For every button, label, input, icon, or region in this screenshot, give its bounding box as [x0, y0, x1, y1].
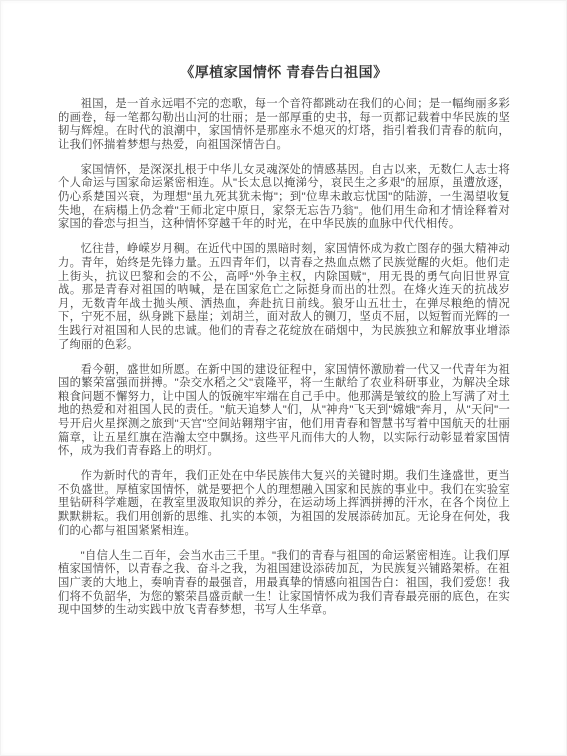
paragraph-5: 作为新时代的青年，我们正处在中华民族伟大复兴的关键时期。我们生逢盛世，更当不负盛…: [58, 470, 510, 538]
paragraph-3: 忆往昔，峥嵘岁月稠。在近代中国的黑暗时刻，家国情怀成为救亡图存的强大精神动力。青…: [58, 243, 510, 352]
document-title: 《厚植家国情怀 青春告白祖国》: [58, 63, 510, 81]
paragraph-2: 家国情怀，是深深扎根于中华儿女灵魂深处的情感基因。自古以来，无数仁人志士将个人命…: [58, 164, 510, 232]
paragraph-4: 看今朝，盛世如所愿。在新中国的建设征程中，家国情怀激励着一代又一代青年为祖国的繁…: [58, 364, 510, 459]
document-page: 《厚植家国情怀 青春告白祖国》 祖国，是一首永远唱不完的恋歌，每一个音符都跳动在…: [0, 0, 567, 756]
paragraph-6: "自信人生二百年，会当水击三千里。"我们的青春与祖国的命运紧密相连。让我们厚植家…: [58, 550, 510, 618]
document-body: 祖国，是一首永远唱不完的恋歌，每一个音符都跳动在我们的心间；是一幅绚丽多彩的画卷…: [58, 98, 510, 618]
paragraph-1: 祖国，是一首永远唱不完的恋歌，每一个音符都跳动在我们的心间；是一幅绚丽多彩的画卷…: [58, 98, 510, 152]
